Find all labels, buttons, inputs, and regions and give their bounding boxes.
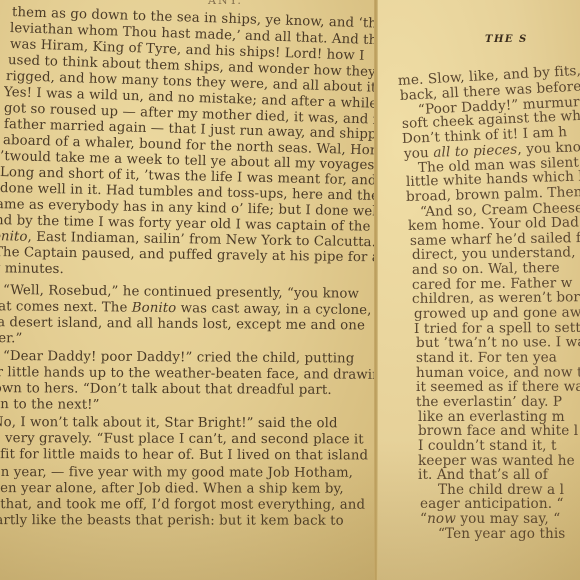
right-text-line: it. And that’s all of (418, 469, 548, 483)
left-running-head: ANY. (208, 0, 243, 7)
right-text-line: “now you may say, “ (420, 513, 560, 527)
right-text-line: keeper was wanted he (418, 455, 575, 469)
left-text-line: “Well, Rosebud,” he continued presently,… (3, 284, 359, 301)
left-text-line: after that, and took me off, I’d forgot … (0, 498, 365, 512)
left-text-line: fifteen year, — five year with my good m… (0, 466, 353, 480)
right-page: THE S me. Slow, like, and by fits, anbac… (378, 0, 580, 580)
left-text-line: ain’t fit for little maids to hear of. B… (0, 448, 368, 463)
right-text-line: but ’twa’n’t no use. I wa (416, 336, 580, 350)
left-page: ANY. them as go down to the sea in ships… (0, 0, 376, 580)
right-text-line: stand it. For ten yea (416, 352, 557, 366)
left-text-line: was partly like the beasts that perish: … (0, 514, 344, 528)
right-text-line: I couldn’t stand it, t (418, 440, 557, 454)
left-text-line: Go on to the next!” (0, 398, 100, 412)
right-text-line: The child drew a l (438, 484, 564, 498)
right-text-line: brown face and white l (418, 425, 578, 439)
left-text-line: few minutes. (0, 262, 64, 276)
right-text-line: it seemed as if there wa (416, 381, 580, 395)
left-text-line: “Dear Daddy! poor Daddy!” cried the chil… (3, 350, 354, 366)
left-text-line: her little hands up to the weather-beate… (0, 366, 376, 382)
left-text-line: it down to hers. “Don’t talk about that … (0, 382, 332, 397)
left-text-line: “No, I won’t talk about it, Star Bright!… (0, 416, 338, 431)
left-text-line: on a desert island, and all hands lost, … (0, 316, 365, 333)
right-text-line: “Ten year ago this (438, 528, 565, 542)
right-text-line: the everlastin’ day. P (416, 396, 562, 410)
left-text-line: other.” (0, 332, 22, 346)
left-text-line: and ten year alone, after Job died. When… (0, 482, 344, 496)
right-running-head: THE S (485, 34, 528, 45)
left-text-line: man, very gravely. “Fust place I can’t, … (0, 432, 364, 447)
right-text-line: eager anticipation. “ (420, 498, 564, 512)
